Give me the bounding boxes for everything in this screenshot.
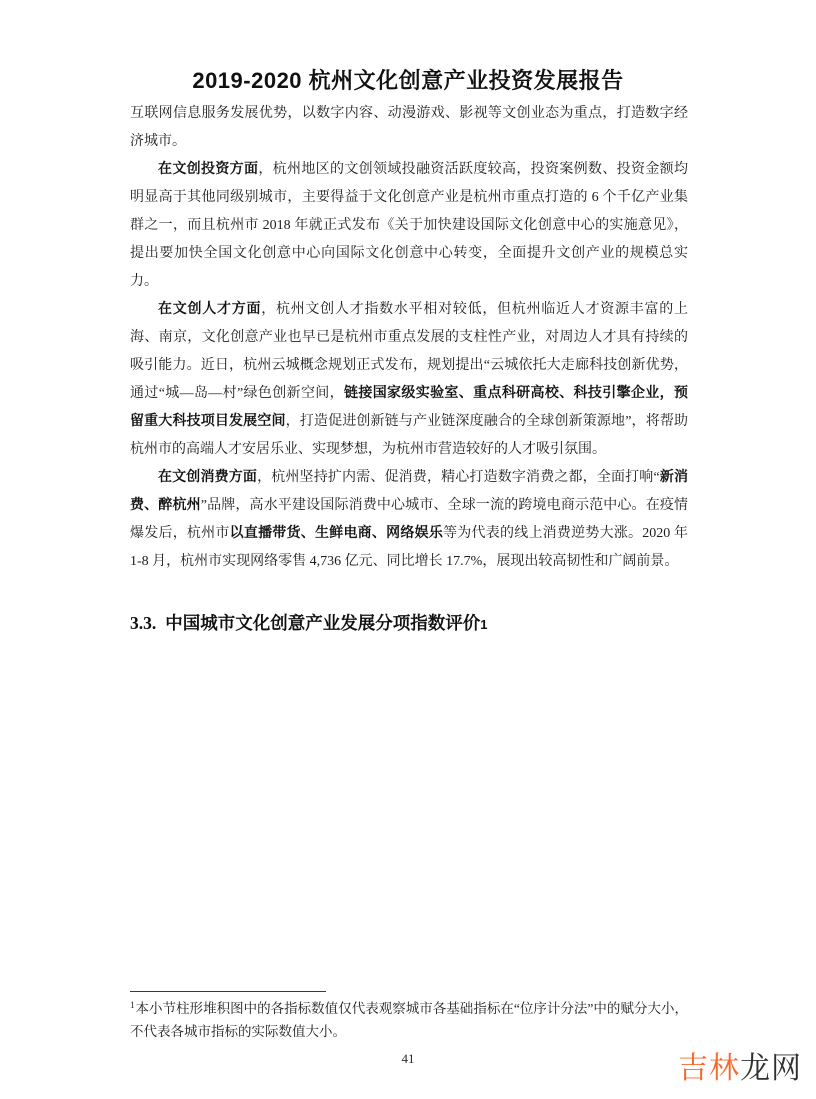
- section-heading: 3.3.中国城市文化创意产业发展分项指数评价1: [130, 610, 688, 635]
- section-number: 3.3.: [130, 613, 156, 633]
- text-run: ，杭州坚持扩内需、促消费，精心打造数字消费之都，全面打响“: [257, 470, 660, 485]
- watermark-part1: 吉林: [678, 1052, 740, 1085]
- footnote-marker: 1: [130, 1000, 135, 1010]
- watermark-part2: 龙网: [740, 1052, 802, 1085]
- paragraph-talent: 在文创人才方面，杭州文创人才指数水平相对较低，但杭州临近人才资源丰富的上海、南京…: [130, 296, 688, 464]
- footnote-reference: 1: [480, 617, 487, 632]
- bold-run: 以直播带货、生鲜电商、网络娱乐: [230, 526, 443, 541]
- document-page: 2019-2020 杭州文化创意产业投资发展报告 互联网信息服务发展优势，以数字…: [0, 0, 816, 1099]
- document-title: 2019-2020 杭州文化创意产业投资发展报告: [0, 64, 816, 95]
- bold-lead: 在文创投资方面: [158, 162, 258, 177]
- footnote-text: 1本小节柱形堆积图中的各指标数值仅代表观察城市各基础指标在“位序计分法”中的赋分…: [130, 997, 688, 1043]
- bold-lead: 在文创消费方面: [158, 470, 257, 485]
- body-text: 互联网信息服务发展优势，以数字内容、动漫游戏、影视等文创业态为重点，打造数字经济…: [130, 100, 688, 576]
- paragraph-consumption: 在文创消费方面，杭州坚持扩内需、促消费，精心打造数字消费之都，全面打响“新消费、…: [130, 464, 688, 576]
- site-watermark: 吉林龙网: [678, 1043, 802, 1087]
- footnote-separator: [130, 991, 326, 992]
- text-run: ，杭州地区的文创领域投融资活跃度较高，投资案例数、投资金额均明显高于其他同级别城…: [130, 162, 688, 289]
- paragraph-investment: 在文创投资方面，杭州地区的文创领域投融资活跃度较高，投资案例数、投资金额均明显高…: [130, 156, 688, 296]
- footnote-area: 1本小节柱形堆积图中的各指标数值仅代表观察城市各基础指标在“位序计分法”中的赋分…: [130, 991, 688, 1043]
- section-title: 中国城市文化创意产业发展分项指数评价: [165, 613, 480, 633]
- footnote-body: 本小节柱形堆积图中的各指标数值仅代表观察城市各基础指标在“位序计分法”中的赋分大…: [130, 1001, 688, 1039]
- paragraph-continued: 互联网信息服务发展优势，以数字内容、动漫游戏、影视等文创业态为重点，打造数字经济…: [130, 100, 688, 156]
- bold-lead: 在文创人才方面: [158, 302, 261, 317]
- text-run: 互联网信息服务发展优势，以数字内容、动漫游戏、影视等文创业态为重点，打造数字经济…: [130, 106, 688, 149]
